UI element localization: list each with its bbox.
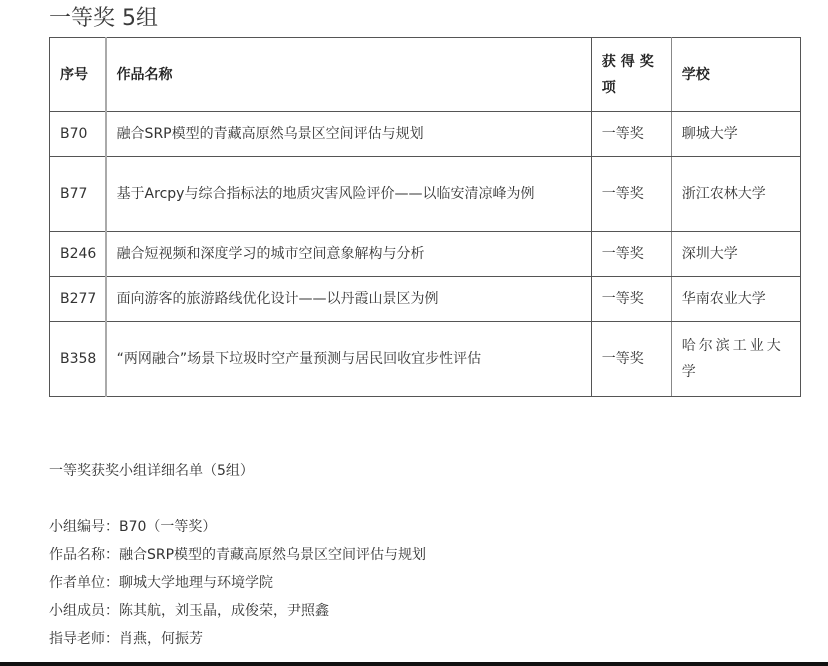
- cell-school: 哈尔滨工业大学: [671, 322, 800, 397]
- awards-table: 序号 作品名称 获得奖项 学校 B70 融合SRP模型的青藏高原然乌景区空间评估…: [49, 37, 801, 397]
- cell-award: 一等奖: [591, 277, 671, 322]
- cell-no: B277: [50, 277, 106, 322]
- cell-school: 聊城大学: [671, 112, 800, 157]
- cell-no: B246: [50, 232, 106, 277]
- cell-school: 华南农业大学: [671, 277, 800, 322]
- group-members-line: 小组成员：陈其航，刘玉晶，成俊荣，尹照鑫: [49, 597, 426, 625]
- column-header-work: 作品名称: [106, 38, 592, 112]
- table-row: B358 “两网融合”场景下垃圾时空产量预测与居民回收宜步性评估 一等奖 哈尔滨…: [50, 322, 801, 397]
- page-title: 一等奖 5组: [49, 4, 158, 34]
- cell-award: 一等奖: [591, 232, 671, 277]
- group-details: 一等奖获奖小组详细名单（5组） 小组编号：B70（一等奖） 作品名称：融合SRP…: [49, 459, 426, 653]
- group-work-line: 作品名称：融合SRP模型的青藏高原然乌景区空间评估与规划: [49, 541, 426, 569]
- group-unit-line: 作者单位：聊城大学地理与环境学院: [49, 569, 426, 597]
- cell-award: 一等奖: [591, 112, 671, 157]
- table-header-row: 序号 作品名称 获得奖项 学校: [50, 38, 801, 112]
- group-advisors-line: 指导老师：肖燕，何振芳: [49, 625, 426, 653]
- cell-work: “两网融合”场景下垃圾时空产量预测与居民回收宜步性评估: [106, 322, 592, 397]
- cell-no: B358: [50, 322, 106, 397]
- cell-no: B70: [50, 112, 106, 157]
- column-header-school: 学校: [671, 38, 800, 112]
- table-row: B246 融合短视频和深度学习的城市空间意象解构与分析 一等奖 深圳大学: [50, 232, 801, 277]
- column-header-no: 序号: [50, 38, 106, 112]
- column-header-award: 获得奖项: [591, 38, 671, 112]
- cell-school: 深圳大学: [671, 232, 800, 277]
- cell-award: 一等奖: [591, 322, 671, 397]
- cell-work: 融合短视频和深度学习的城市空间意象解构与分析: [106, 232, 592, 277]
- bottom-edge-bar: [0, 662, 828, 666]
- cell-work: 基于Arcpy与综合指标法的地质灾害风险评价——以临安清凉峰为例: [106, 157, 592, 232]
- cell-award: 一等奖: [591, 157, 671, 232]
- details-summary: 一等奖获奖小组详细名单（5组）: [49, 459, 426, 483]
- cell-no: B77: [50, 157, 106, 232]
- cell-work: 面向游客的旅游路线优化设计——以丹霞山景区为例: [106, 277, 592, 322]
- table-row: B277 面向游客的旅游路线优化设计——以丹霞山景区为例 一等奖 华南农业大学: [50, 277, 801, 322]
- table-row: B77 基于Arcpy与综合指标法的地质灾害风险评价——以临安清凉峰为例 一等奖…: [50, 157, 801, 232]
- cell-work: 融合SRP模型的青藏高原然乌景区空间评估与规划: [106, 112, 592, 157]
- table-row: B70 融合SRP模型的青藏高原然乌景区空间评估与规划 一等奖 聊城大学: [50, 112, 801, 157]
- group-id-line: 小组编号：B70（一等奖）: [49, 513, 426, 541]
- cell-school: 浙江农林大学: [671, 157, 800, 232]
